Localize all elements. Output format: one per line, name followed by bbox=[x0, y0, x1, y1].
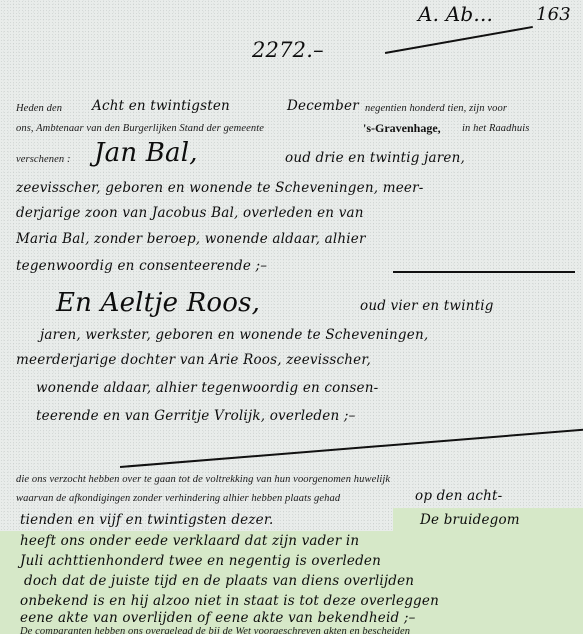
annotation-line-1: heeft ons onder eede verklaard dat zijn … bbox=[20, 533, 359, 549]
annotation-line-5: eene akte van overlijden of eene akte va… bbox=[20, 610, 416, 626]
bride-line-2: jaren, werkster, geboren en wonende te S… bbox=[40, 327, 428, 343]
preamble-printed-ambtenaar: ons, Ambtenaar van den Burgerlijken Stan… bbox=[16, 123, 264, 134]
footer-printed-line: De comparanten hebben ons overgelegd de … bbox=[20, 626, 410, 634]
publication-dates-part-2: tienden en vijf en twintigsten dezer. bbox=[20, 512, 274, 528]
preamble-printed-heden: Heden den bbox=[16, 103, 62, 114]
registrar-signature: A. Ab... bbox=[418, 2, 493, 26]
groom-name: Jan Bal, bbox=[94, 138, 198, 168]
groom-line-3: derjarige zoon van Jacobus Bal, overlede… bbox=[16, 205, 364, 221]
groom-line-2: zeevisscher, geboren en wonende te Schev… bbox=[16, 180, 424, 196]
groom-age: oud drie en twintig jaren, bbox=[285, 150, 465, 166]
publication-dates-part-1: op den acht- bbox=[415, 488, 502, 504]
request-printed-line-1: die ons verzocht hebben over te gaan tot… bbox=[16, 474, 390, 485]
marriage-day-handwritten: Acht en twintigsten bbox=[92, 98, 230, 114]
municipality-name: 's-Gravenhage, bbox=[363, 121, 441, 136]
bride-line-4: wonende aldaar, alhier tegenwoordig en c… bbox=[36, 380, 378, 396]
closing-stroke bbox=[120, 429, 583, 468]
annotation-line-3: doch dat de juiste tijd en de plaats van… bbox=[24, 573, 414, 589]
preamble-printed-verschenen: verschenen : bbox=[16, 154, 71, 165]
folio-number: 163 bbox=[536, 4, 571, 25]
annotation-line-4: onbekend is en hij alzoo niet in staat i… bbox=[20, 593, 439, 609]
preamble-printed-raadhuis: in het Raadhuis bbox=[462, 123, 529, 134]
bride-line-3: meerderjarige dochter van Arie Roos, zee… bbox=[16, 352, 371, 368]
annotation-line-0: De bruidegom bbox=[420, 512, 520, 528]
preamble-printed-year: negentien honderd tien, zijn voor bbox=[365, 103, 507, 114]
bride-name: En Aeltje Roos, bbox=[56, 288, 260, 318]
groom-fill-line bbox=[393, 271, 575, 273]
bride-line-5: teerende en van Gerritje Vrolijk, overle… bbox=[36, 408, 356, 424]
groom-line-4: Maria Bal, zonder beroep, wonende aldaar… bbox=[16, 231, 366, 247]
request-printed-line-2: waarvan de afkondigingen zonder verhinde… bbox=[16, 493, 340, 504]
groom-line-5: tegenwoordig en consenteerende ;– bbox=[16, 258, 267, 274]
bride-age: oud vier en twintig bbox=[360, 298, 494, 314]
annotation-line-2: Juli achttienhonderd twee en negentig is… bbox=[20, 553, 381, 569]
marriage-month-handwritten: December bbox=[287, 98, 359, 114]
record-number: 2272.– bbox=[252, 38, 324, 62]
signature-underline bbox=[385, 26, 533, 54]
